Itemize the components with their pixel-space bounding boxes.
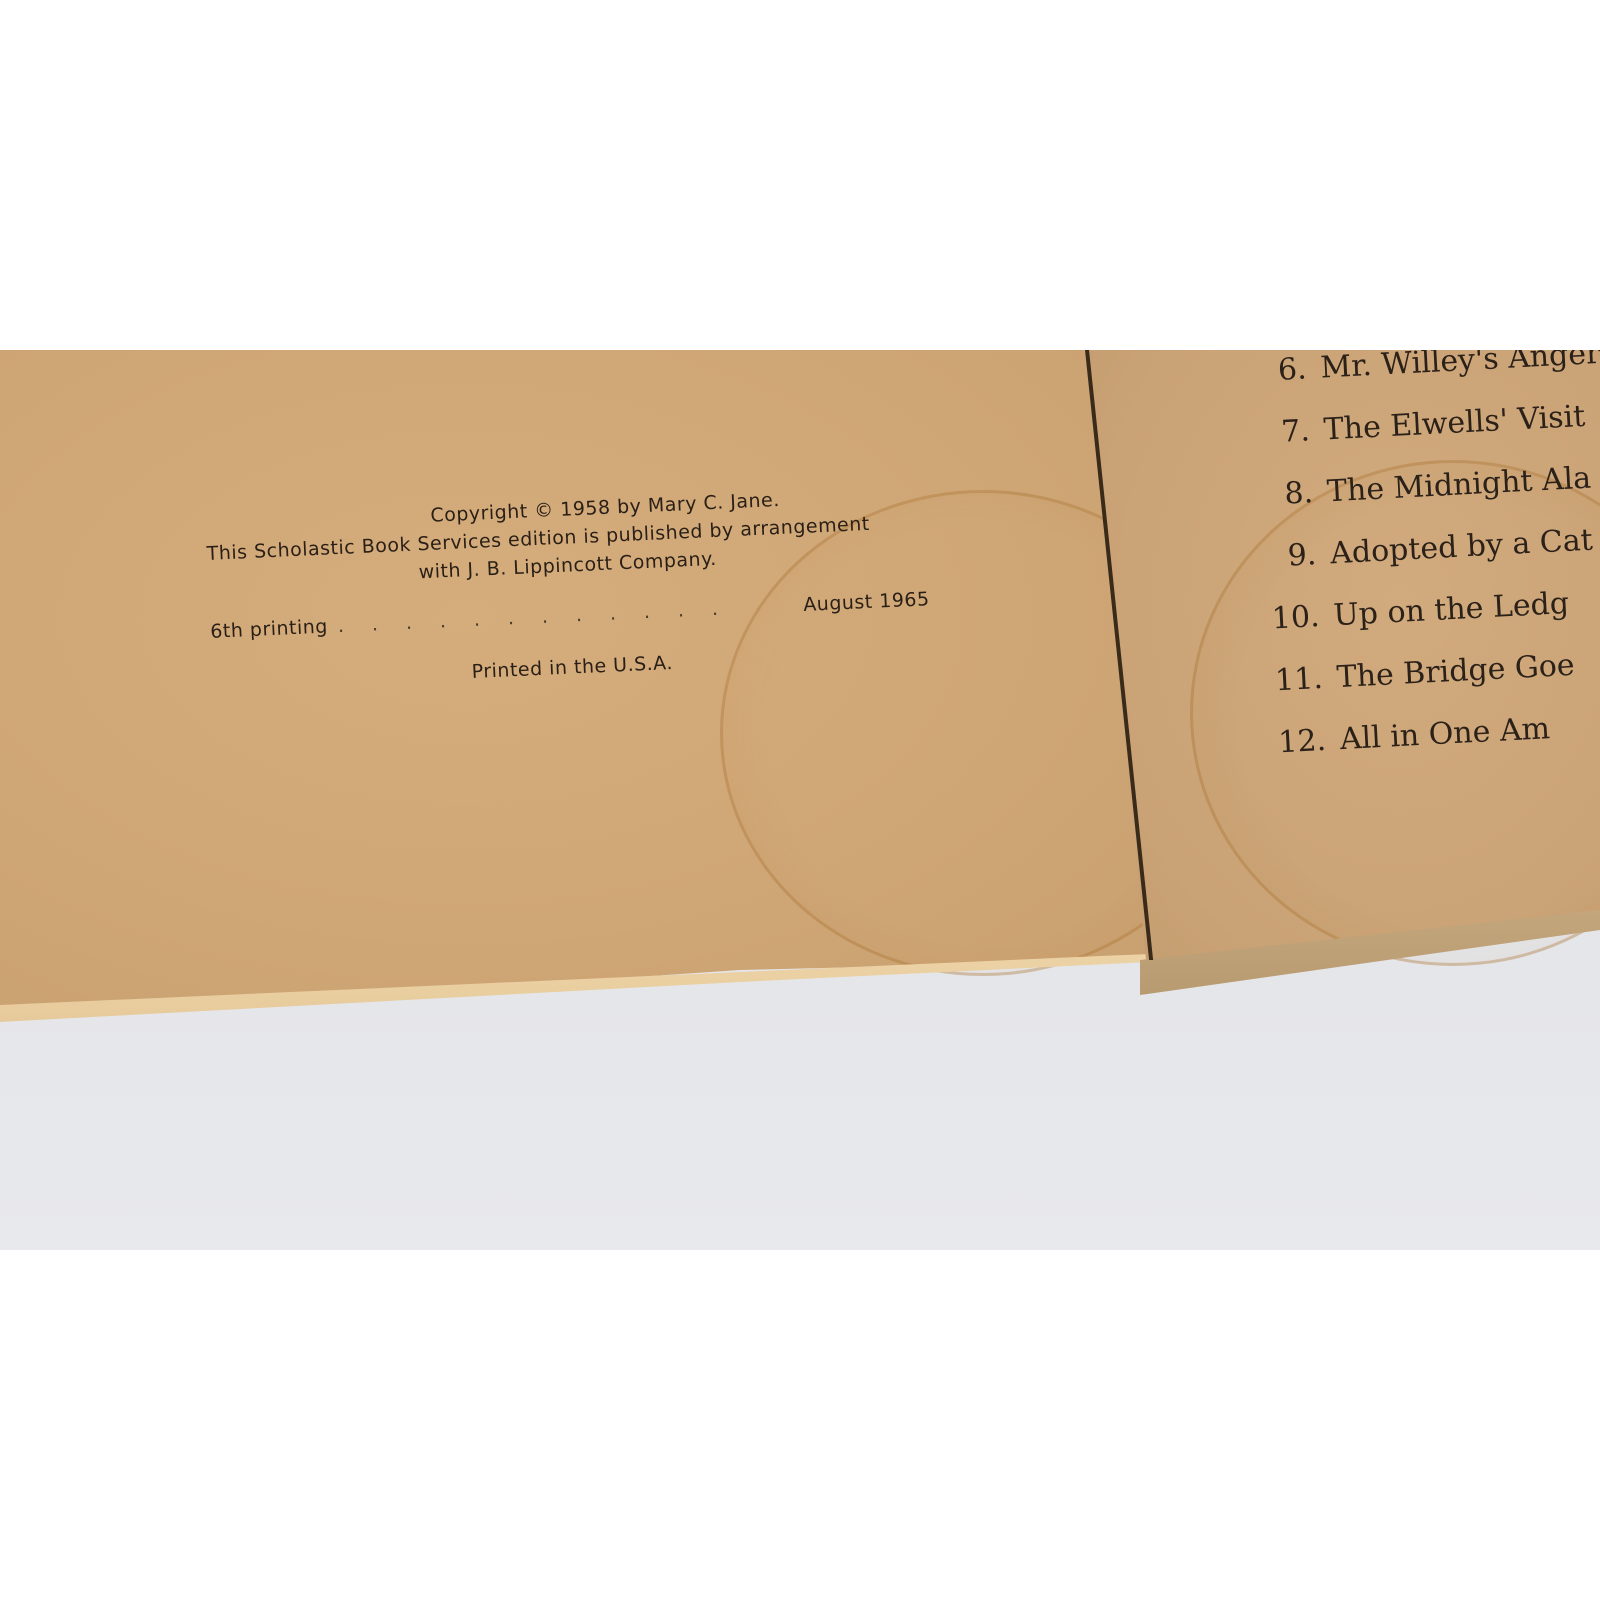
book-photo: Copyright © 1958 by Mary C. Jane. This S…	[0, 350, 1600, 1250]
copyright-block: Copyright © 1958 by Mary C. Jane. This S…	[205, 482, 932, 694]
printing-date: August 1965	[803, 588, 930, 616]
leader-dots: ............	[327, 594, 803, 638]
table-of-contents: 6.Mr. Willey's Anger 7.The Elwells' Visi…	[1255, 350, 1600, 773]
printing-row: 6th printing ............ August 1965	[210, 588, 930, 643]
printing-label: 6th printing	[210, 616, 329, 643]
